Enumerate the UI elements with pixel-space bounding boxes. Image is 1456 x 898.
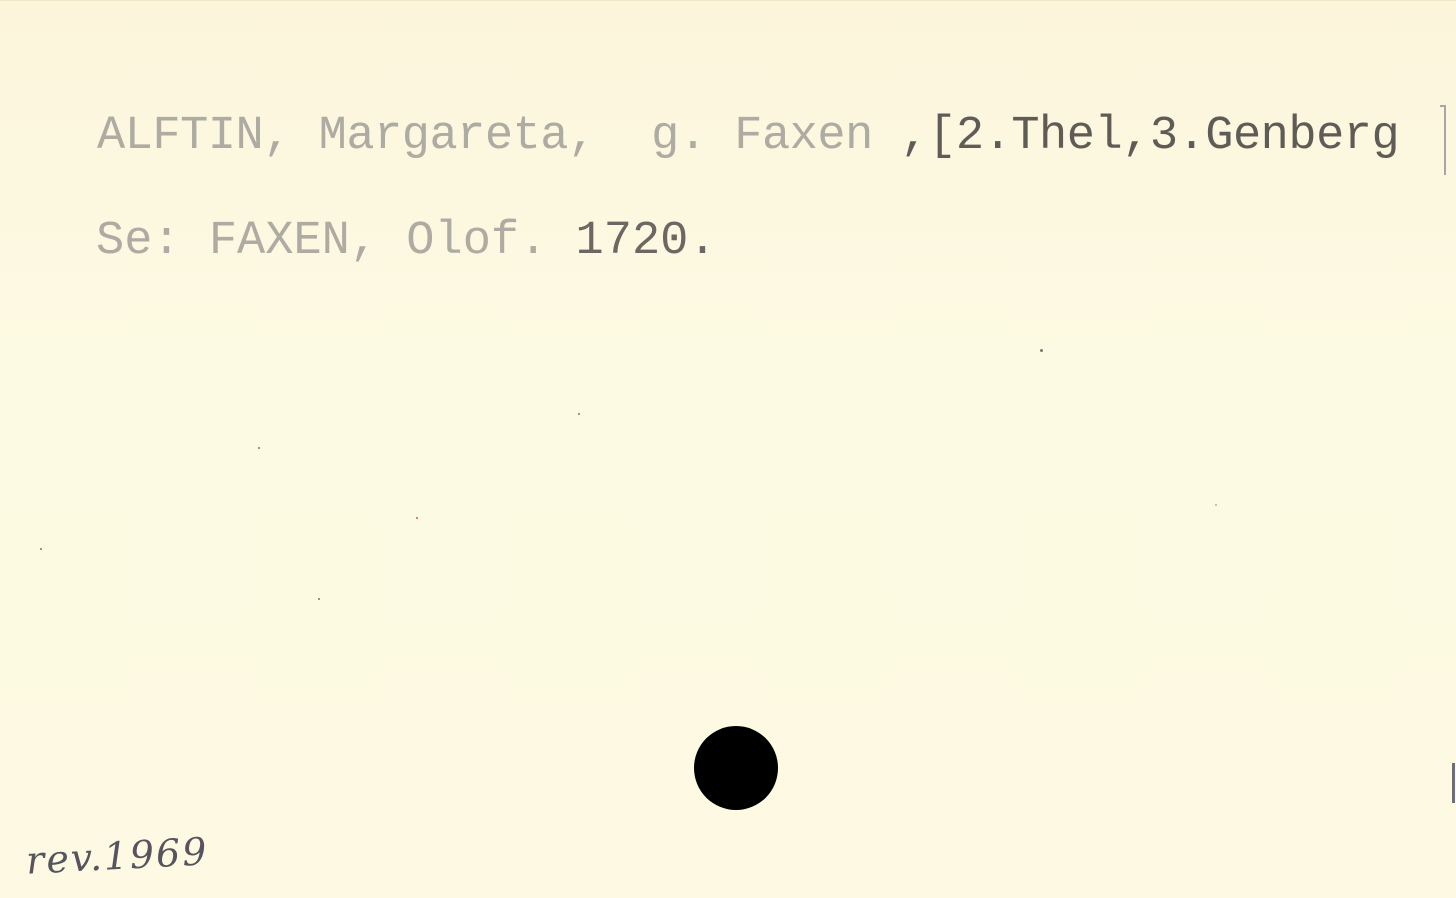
speck — [416, 517, 418, 519]
entry-maiden-prefix: g. — [651, 110, 706, 163]
speck — [40, 548, 42, 550]
entry-line: ALFTIN, Margareta, g. Faxen ,[2.Thel,3.G… — [97, 109, 1399, 165]
punch-hole — [694, 726, 778, 810]
index-card: ALFTIN, Margareta, g. Faxen ,[2.Thel,3.G… — [0, 0, 1456, 898]
speck — [258, 447, 260, 449]
speck — [1215, 504, 1217, 506]
entry-given-name: Margareta, — [319, 110, 596, 163]
closing-bracket-mark — [1440, 105, 1446, 175]
speck — [318, 598, 320, 600]
entry-marriages: ,[2.Thel,3.Genberg — [901, 110, 1400, 163]
reference-line: Se: FAXEN, Olof. 1720. — [96, 214, 717, 270]
see-surname: FAXEN, — [209, 215, 378, 268]
entry-surname: ALFTIN, — [97, 110, 291, 163]
see-given-name: Olof. — [406, 215, 547, 268]
see-year: 1720. — [576, 215, 717, 268]
entry-maiden-name: Faxen — [734, 110, 873, 163]
speck — [578, 413, 580, 415]
handwritten-revision-note: rev.1969 — [25, 829, 209, 882]
speck — [1040, 349, 1043, 352]
see-label: Se: — [96, 215, 181, 268]
edge-mark — [1452, 763, 1455, 803]
